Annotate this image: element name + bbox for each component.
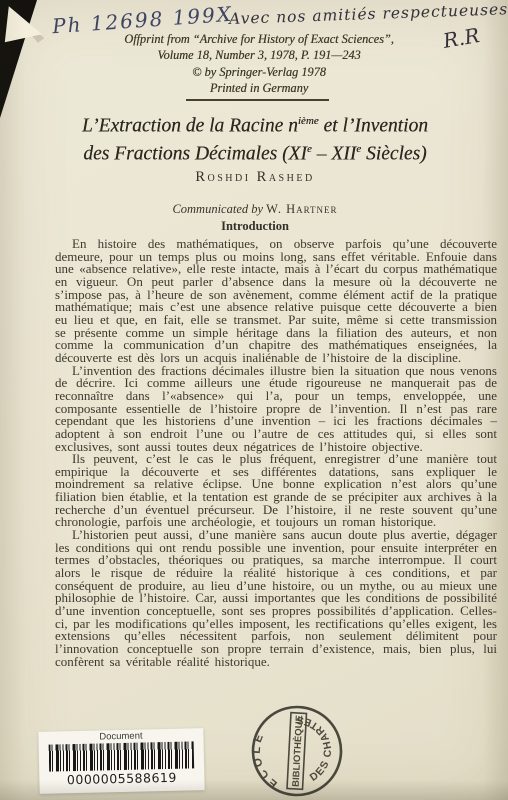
- article-title-line2: des Fractions Décimales (XIe – XIIe Sièc…: [20, 138, 490, 166]
- title-superscript: ième: [298, 115, 319, 127]
- article-title-line1: L’Extraction de la Racine nième et l’Inv…: [20, 110, 490, 138]
- library-barcode-sticker: Document 0000005588619: [38, 728, 204, 794]
- library-round-stamp: ECOLE DES CHARTES BIBLIOTHÈQUE: [247, 701, 347, 800]
- body-paragraph: Ils peuvent, c’est le cas le plus fréque…: [55, 453, 497, 529]
- body-paragraph: En histoire des mathématiques, on observ…: [55, 238, 497, 365]
- offprint-line: Offprint from “Archive for History of Ex…: [24, 31, 494, 47]
- article-body: En histoire des mathématiques, on observ…: [55, 238, 497, 668]
- handwritten-dedication: Avec nos amitiés respectueuses,: [229, 0, 508, 28]
- offprint-line: Volume 18, Number 3, 1978, P. 191—243: [24, 47, 494, 63]
- offprint-imprint: Offprint from “Archive for History of Ex…: [24, 31, 494, 97]
- communicated-by-prefix: Communicated by: [172, 202, 266, 216]
- author-name: Roshdi Rashed: [20, 169, 490, 186]
- communicated-by-line: Communicated by W. Hartner: [20, 202, 490, 217]
- scanned-offprint-page: Ph 12698 199X Avec nos amitiés respectue…: [0, 0, 508, 800]
- section-heading-introduction: Introduction: [20, 219, 490, 234]
- separator-rule: [186, 99, 329, 101]
- offprint-line: Printed in Germany: [24, 80, 494, 96]
- communicating-editor-name: W. Hartner: [266, 202, 337, 216]
- offprint-line: © by Springer-Verlag 1978: [24, 64, 494, 80]
- barcode-number: 0000005588619: [39, 769, 204, 788]
- svg-text:ECOLE: ECOLE: [247, 727, 282, 793]
- article-title: L’Extraction de la Racine nième et l’Inv…: [20, 110, 490, 165]
- body-paragraph: L’invention des fractions décimales illu…: [55, 365, 497, 454]
- body-paragraph: L’historien peut aussi, d’une manière sa…: [55, 529, 497, 668]
- stamp-arc-top-text: ECOLE: [247, 727, 282, 793]
- barcode-stripes: [49, 741, 195, 771]
